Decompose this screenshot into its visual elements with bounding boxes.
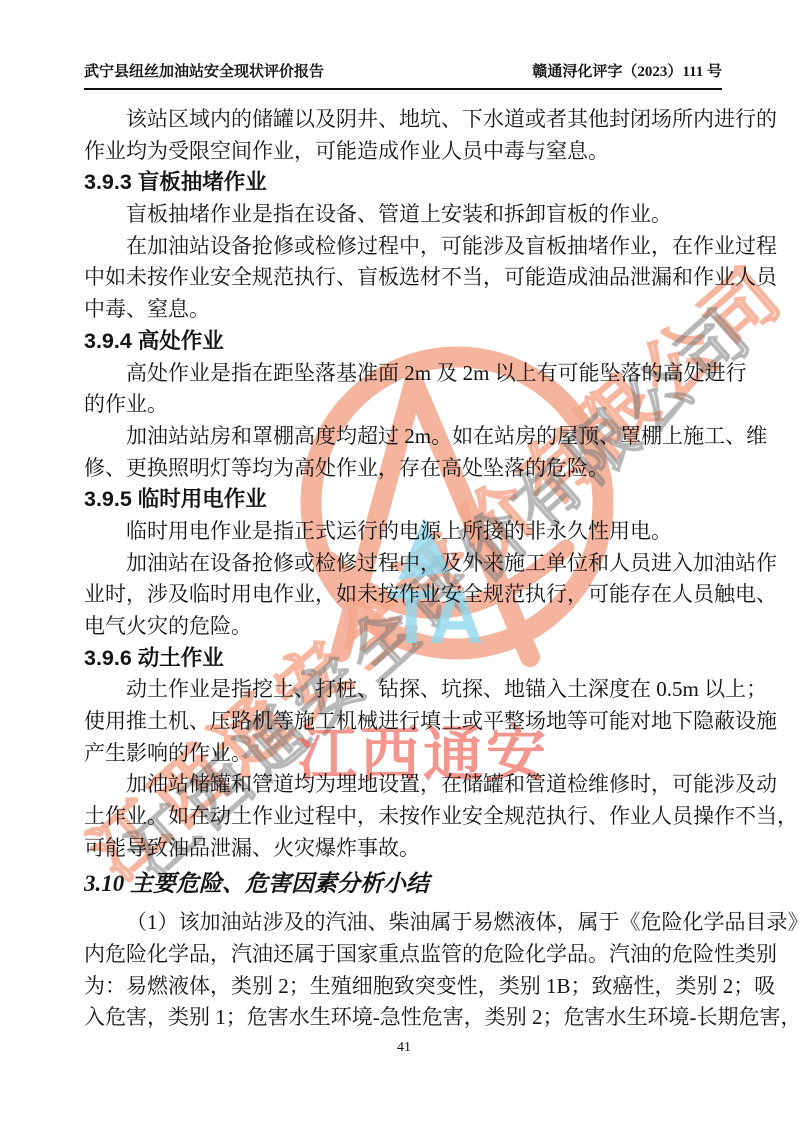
section-heading: 3.9.5 临时用电作业 bbox=[84, 484, 724, 516]
text-line: 使用推土机、压路机等施工机械进行填土或平整场地等可能对地下隐蔽设施 bbox=[84, 706, 724, 738]
text-line: 中如未按作业安全规范执行、盲板选材不当，可能造成油品泄漏和作业人员 bbox=[84, 262, 724, 294]
text-line: 加油站站房和罩棚高度均超过 2m。如在站房的屋顶、罩棚上施工、维 bbox=[84, 421, 724, 453]
section-heading: 3.10 主要危险、危害因素分析小结 bbox=[84, 868, 724, 900]
section-heading: 3.9.4 高处作业 bbox=[84, 326, 724, 358]
text-line: 动土作业是指挖土、打桩、钻探、坑探、地锚入土深度在 0.5m 以上； bbox=[84, 674, 724, 706]
text-line: 可能导致油品泄漏、火灾爆炸事故。 bbox=[84, 833, 724, 865]
text-line: 加油站储罐和管道均为埋地设置，在储罐和管道检维修时，可能涉及动 bbox=[84, 769, 724, 801]
text-line: 修、更换照明灯等均为高处作业，存在高处坠落的危险。 bbox=[84, 453, 724, 485]
text-line: （1）该加油站涉及的汽油、柴油属于易燃液体，属于《危险化学品目录》 bbox=[84, 907, 724, 939]
text-line: 的作业。 bbox=[84, 389, 724, 421]
text-line: 电气火灾的危险。 bbox=[84, 611, 724, 643]
text-line: 业时，涉及临时用电作业，如未按作业安全规范执行，可能存在人员触电、 bbox=[84, 579, 724, 611]
text-line: 该站区域内的储罐以及阴井、地坑、下水道或者其他封闭场所内进行的 bbox=[84, 104, 724, 136]
text-line: 在加油站设备抢修或检修过程中，可能涉及盲板抽堵作业，在作业过程 bbox=[84, 231, 724, 263]
text-line: 土作业。如在动土作业过程中，未按作业安全规范执行、作业人员操作不当， bbox=[84, 801, 724, 833]
text-line: 盲板抽堵作业是指在设备、管道上安装和拆卸盲板的作业。 bbox=[84, 199, 724, 231]
text-line: 加油站在设备抢修或检修过程中，及外来施工单位和人员进入加油站作 bbox=[84, 548, 724, 580]
text-line: 高处作业是指在距坠落基准面 2m 及 2m 以上有可能坠落的高处进行 bbox=[84, 358, 724, 390]
report-page: 江西通安全评价有限公司 江西通安全评价有限公司 TA 江西通安 武宁县纽丝加油站… bbox=[0, 0, 800, 1131]
text-line: 入危害，类别 1；危害水生环境-急性危害，类别 2；危害水生环境-长期危害， bbox=[84, 1002, 724, 1034]
page-number: 41 bbox=[397, 1040, 411, 1055]
text-line: 临时用电作业是指正式运行的电源上所接的非永久性用电。 bbox=[84, 516, 724, 548]
report-body: 该站区域内的储罐以及阴井、地坑、下水道或者其他封闭场所内进行的作业均为受限空间作… bbox=[84, 104, 724, 1034]
header-doc-number: 赣通浔化评字（2023）111 号 bbox=[532, 60, 722, 81]
section-heading: 3.9.6 动土作业 bbox=[84, 643, 724, 675]
page-header: 武宁县纽丝加油站安全现状评价报告 赣通浔化评字（2023）111 号 bbox=[84, 60, 722, 90]
text-line: 中毒、窒息。 bbox=[84, 294, 724, 326]
text-line: 作业均为受限空间作业，可能造成作业人员中毒与窒息。 bbox=[84, 136, 724, 168]
text-line: 产生影响的作业。 bbox=[84, 738, 724, 770]
text-line: 为：易燃液体，类别 2；生殖细胞致突变性，类别 1B；致癌性，类别 2；吸 bbox=[84, 971, 724, 1003]
header-report-title: 武宁县纽丝加油站安全现状评价报告 bbox=[84, 60, 324, 81]
page-footer: 41 bbox=[84, 1040, 724, 1056]
section-heading: 3.9.3 盲板抽堵作业 bbox=[84, 167, 724, 199]
text-line: 内危险化学品，汽油还属于国家重点监管的危险化学品。汽油的危险性类别 bbox=[84, 939, 724, 971]
